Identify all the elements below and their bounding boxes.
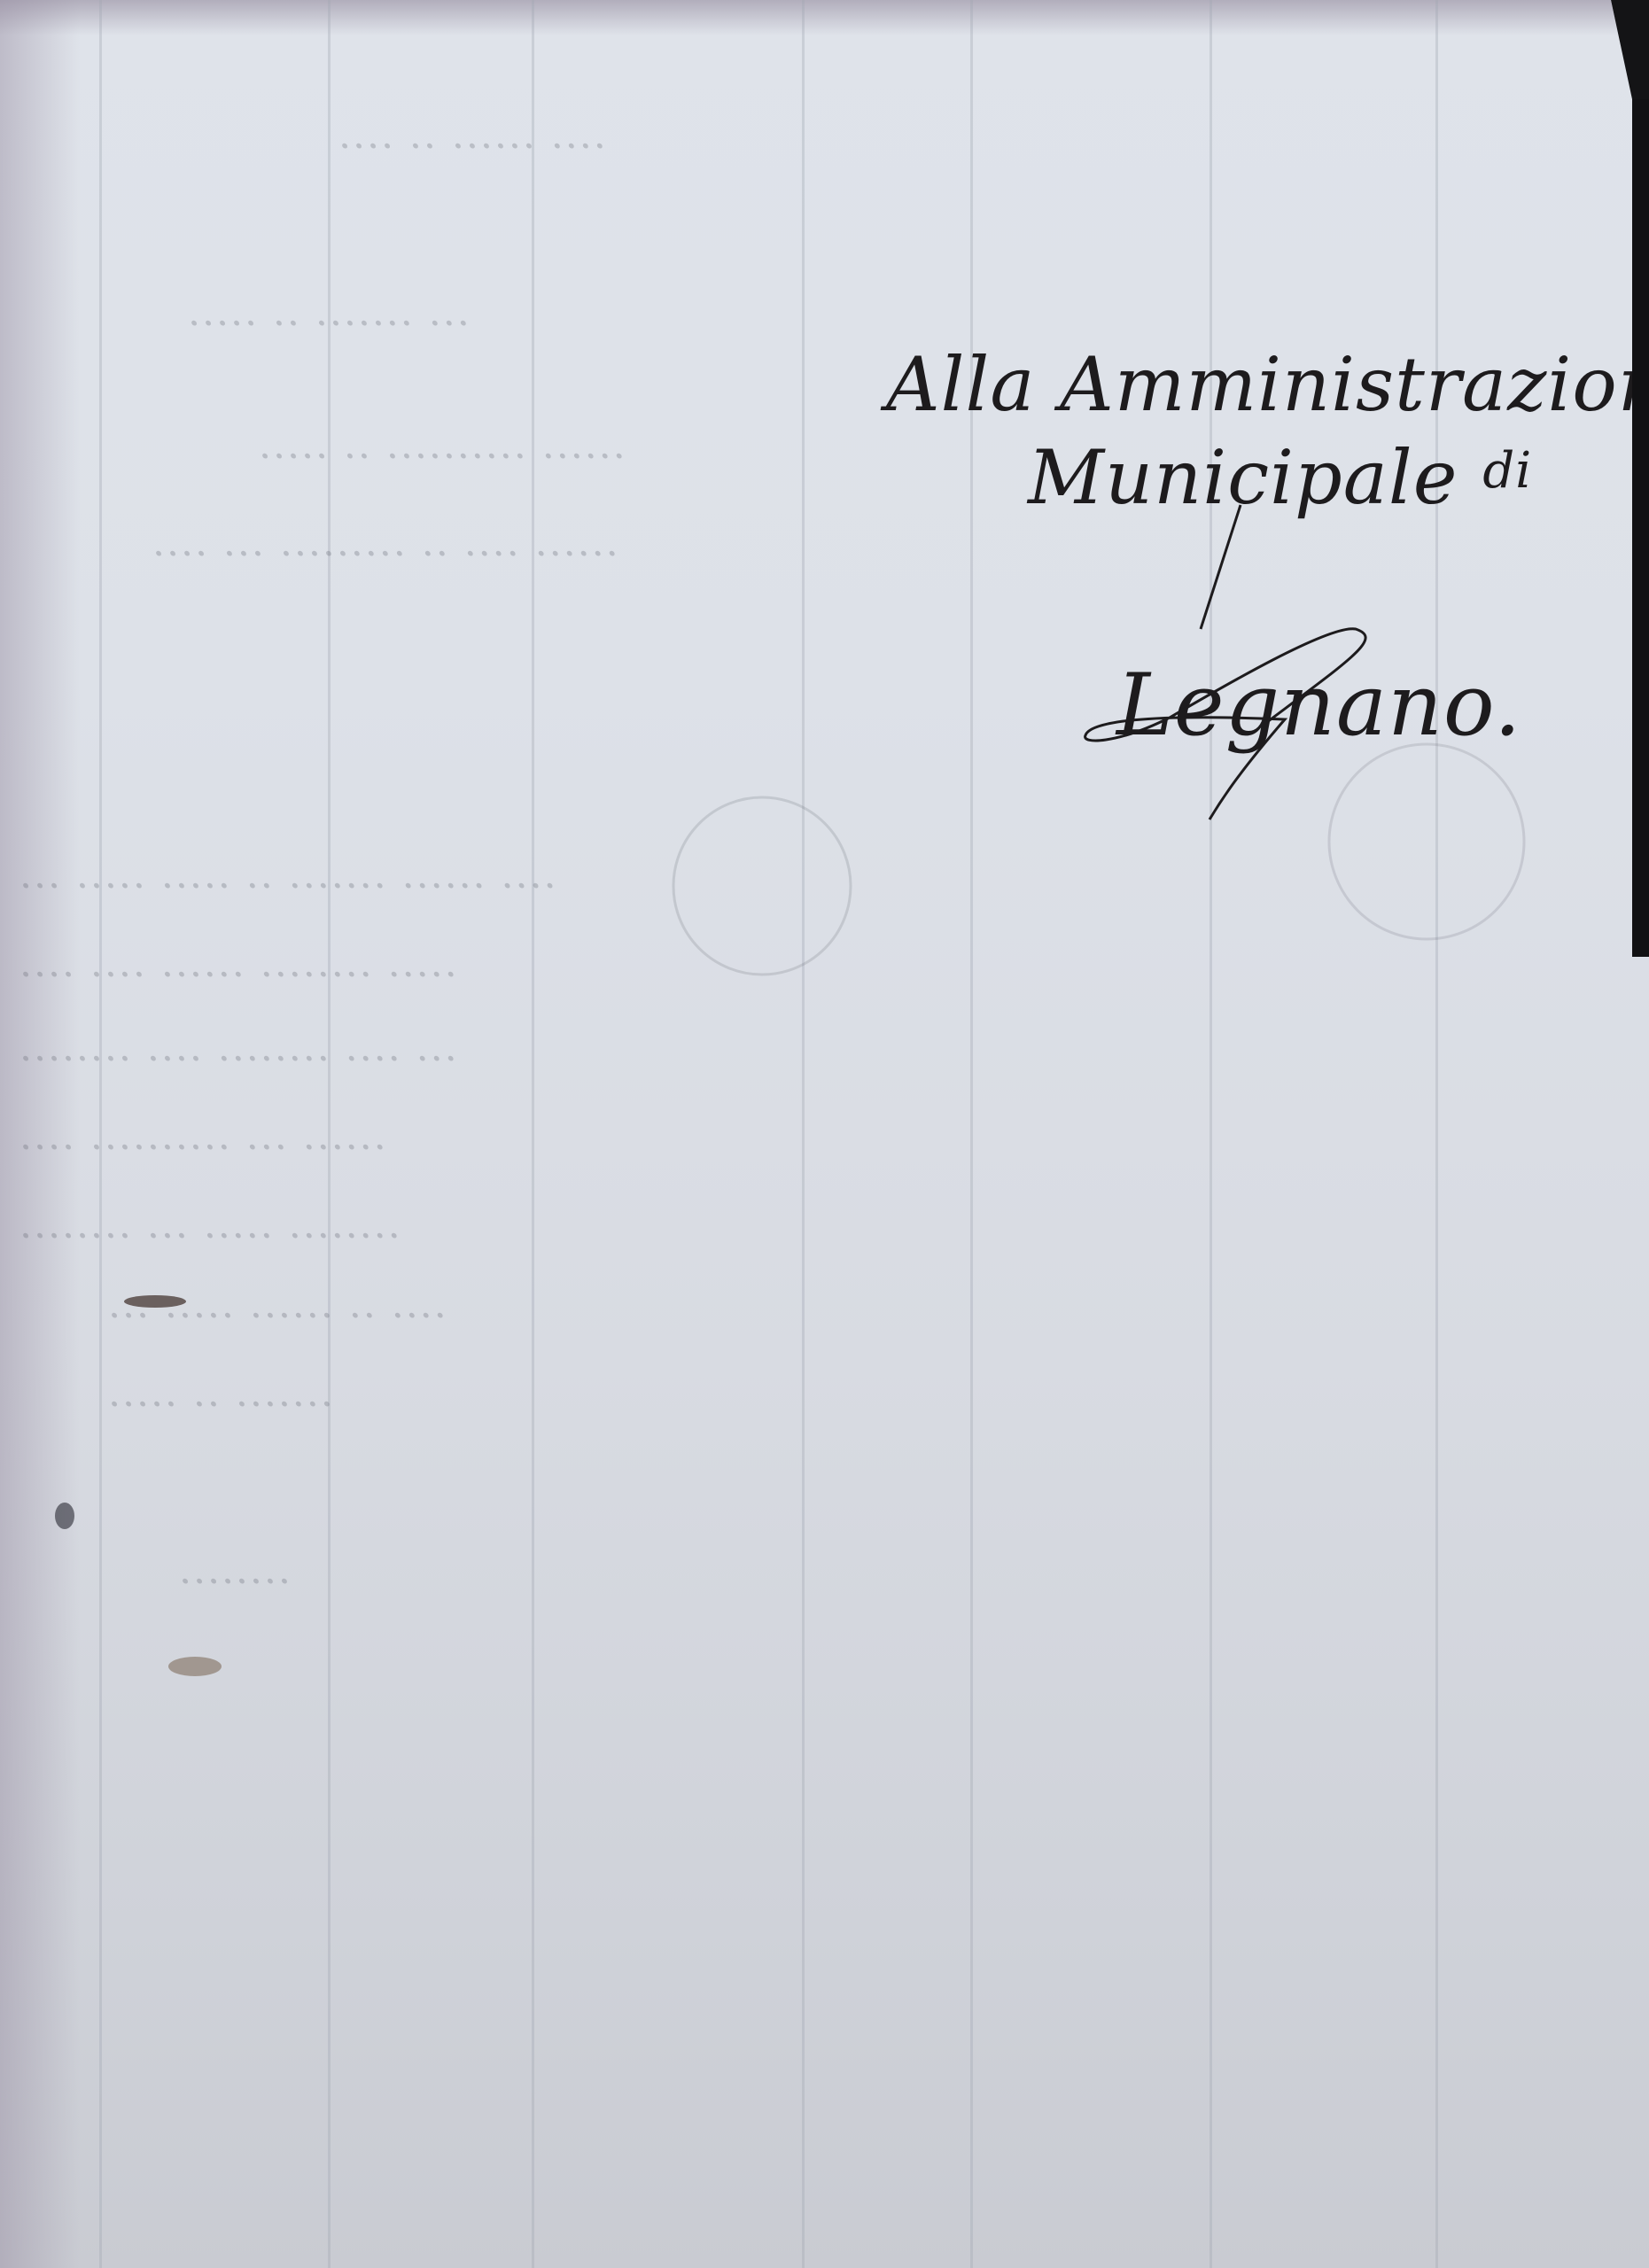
bleed-through-line: ··· ···· ········ ···· ········	[18, 1037, 457, 1082]
bleed-through-line: ········ ····· ··· ········	[18, 1214, 401, 1259]
seal-impression	[656, 780, 868, 992]
address-line-town: Legnano.	[1116, 656, 1522, 755]
bleed-through-line: ······ ·········· ·· ·····	[257, 434, 626, 479]
address-preposition: di	[1482, 442, 1532, 500]
seal-impression	[1311, 726, 1542, 957]
fold-line	[970, 0, 973, 2268]
ink-blot	[55, 1503, 74, 1529]
fold-line	[532, 0, 534, 2268]
bleed-through-line: ········	[177, 1559, 291, 1604]
bleed-through-line: ··· ······· ·· ·····	[186, 301, 470, 346]
page-edge-background	[1632, 99, 1649, 957]
top-edge-shadow	[0, 0, 1649, 35]
paper-page: ···· ······ ·· ···· ··· ······· ·· ·····…	[0, 0, 1649, 2268]
bleed-through-line: ···· ······ ······· ·· ····· ····· ···	[18, 864, 556, 909]
address-line-recipient: Alla Amministrazione	[886, 341, 1649, 428]
bleed-through-line: ······· ·· ·····	[106, 1382, 333, 1427]
bleed-through-line: ···· ······ ·· ····	[337, 124, 606, 169]
address-line-office: Municipaledi	[1028, 434, 1532, 521]
fold-line	[1210, 0, 1212, 2268]
fold-line	[802, 0, 805, 2268]
address-municipale: Municipale	[1028, 434, 1458, 521]
bleed-through-line: ····· ········ ······ ···· ····	[18, 952, 457, 998]
ink-stain	[168, 1657, 222, 1676]
bleed-through-line: ······ ···· ·· ········· ··· ····	[151, 532, 618, 577]
fold-line	[1435, 0, 1438, 2268]
ink-stain	[124, 1295, 186, 1308]
document-scan: ···· ······ ·· ···· ··· ······· ·· ·····…	[0, 0, 1649, 2268]
bleed-through-line: ······ ··· ·········· ····	[18, 1125, 386, 1170]
